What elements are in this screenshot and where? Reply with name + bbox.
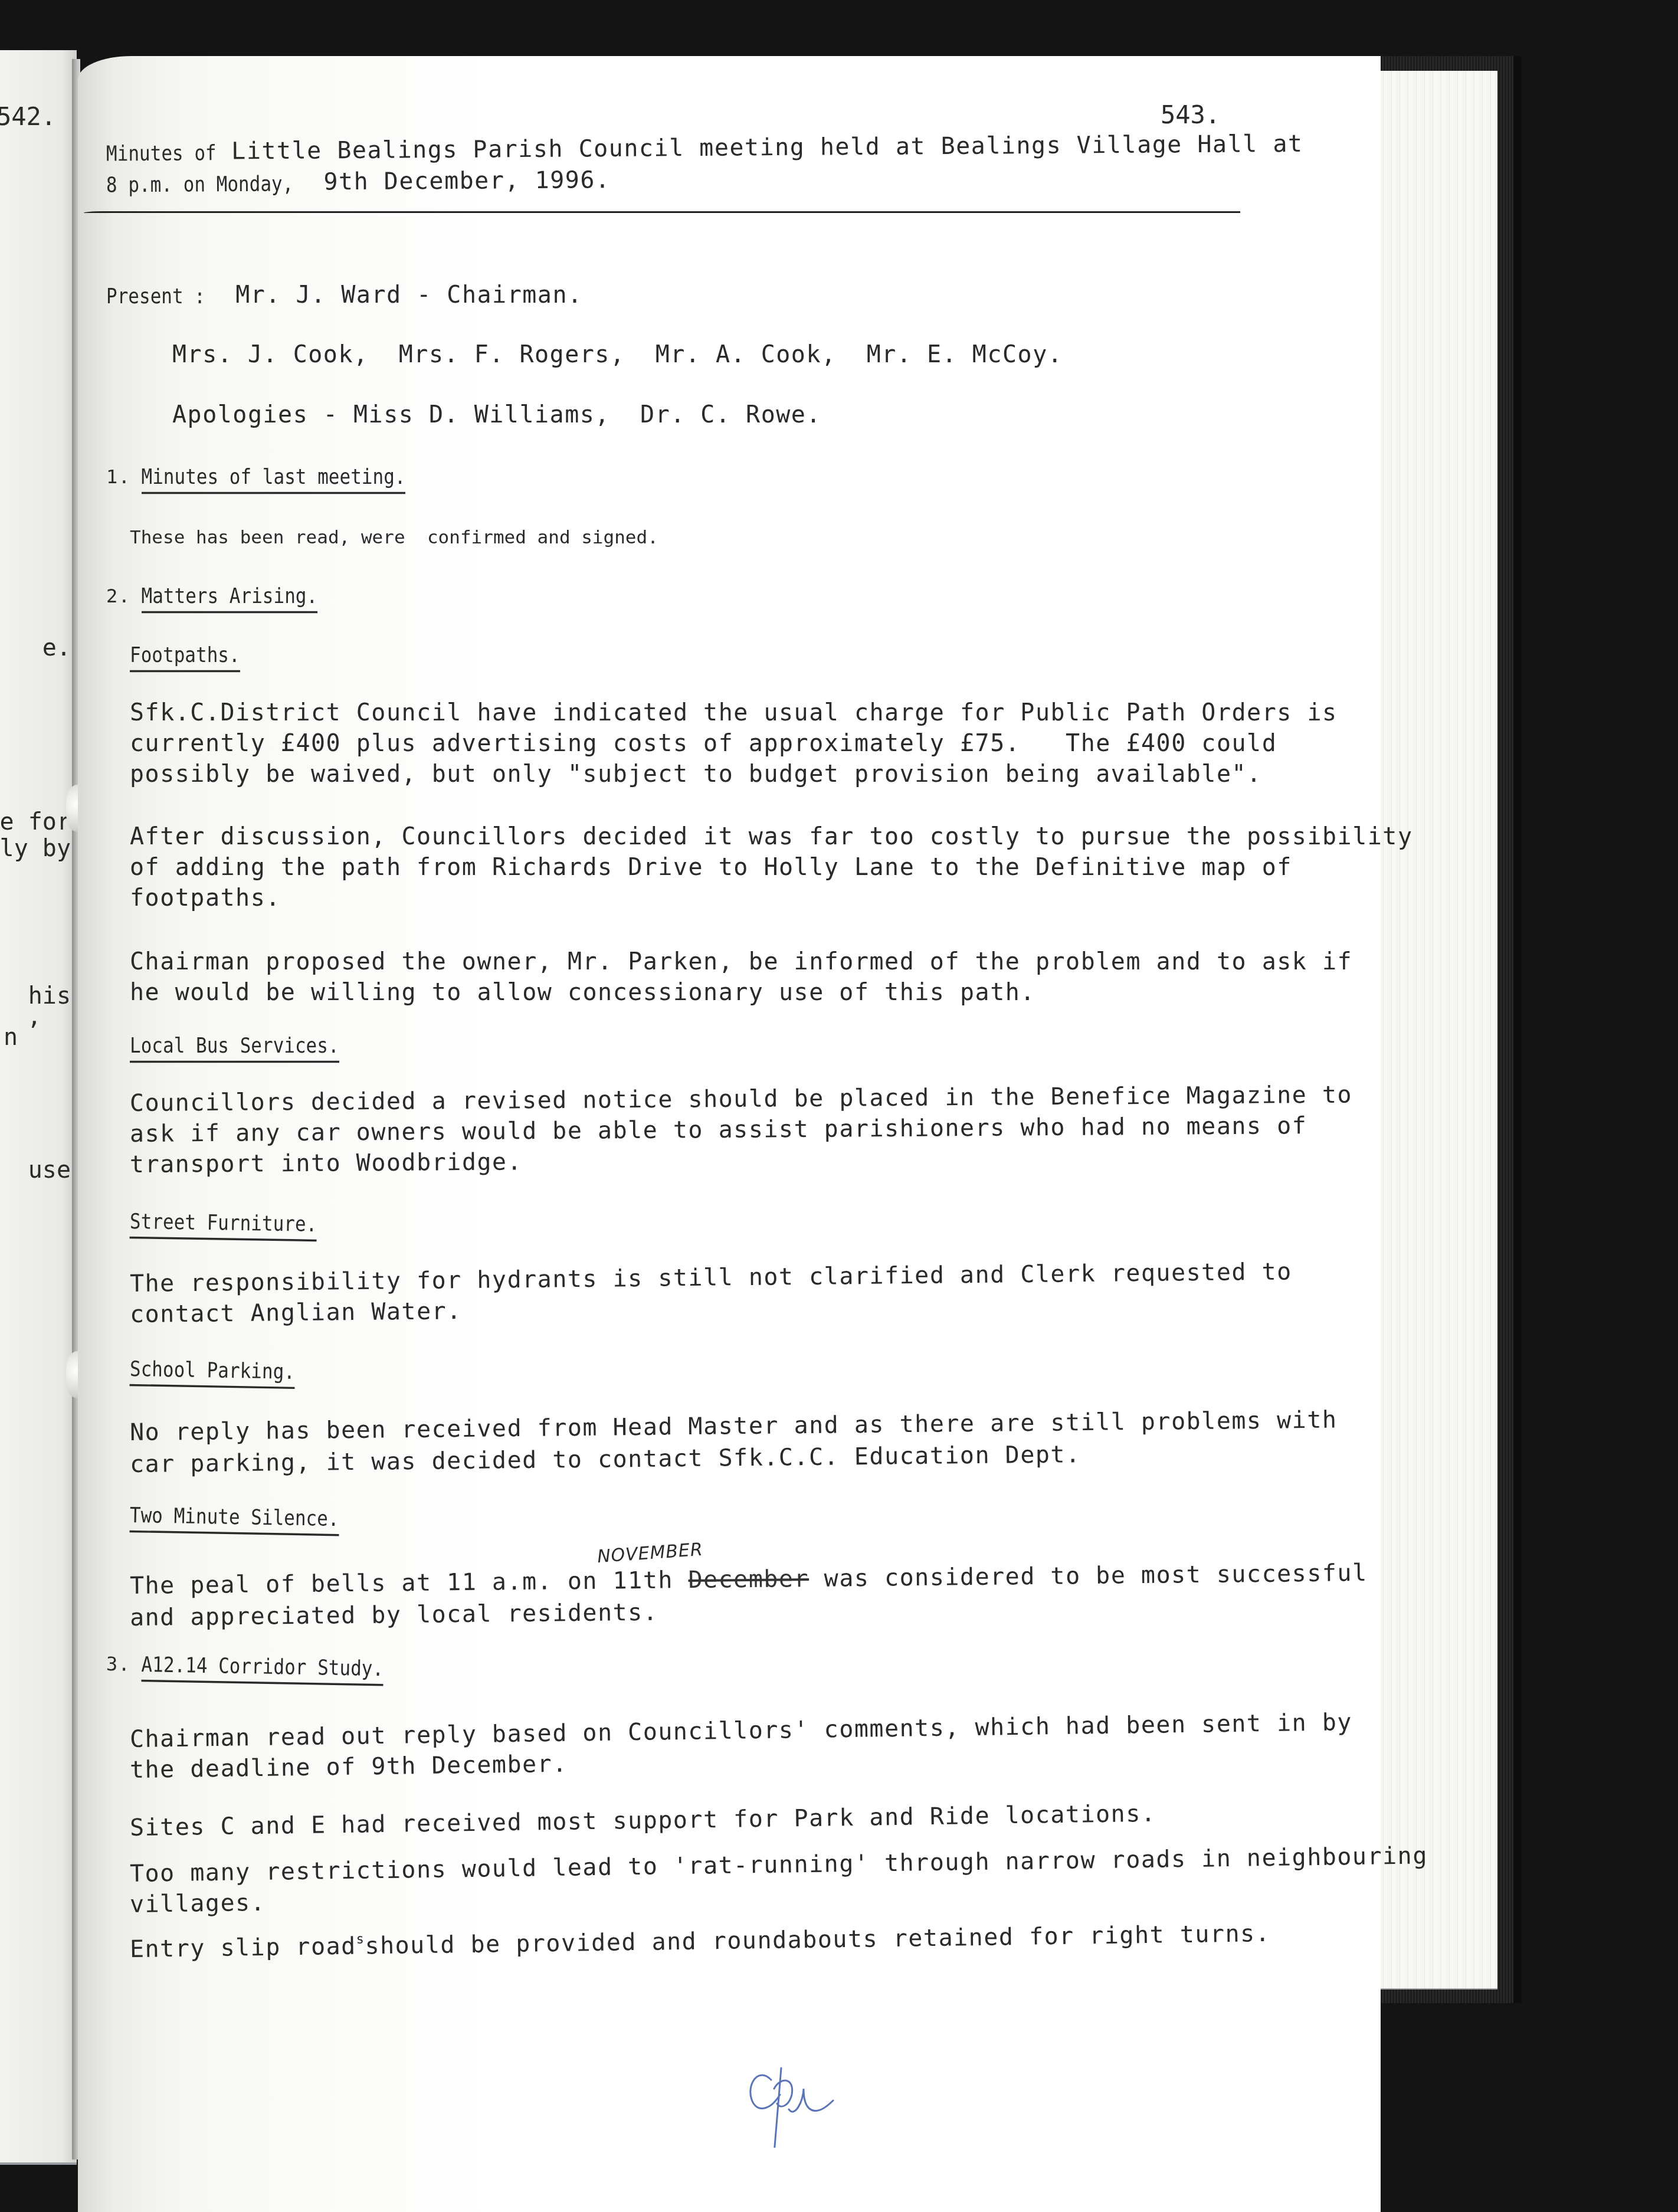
- subsection-title: Local Bus Services.: [130, 1034, 339, 1063]
- handwritten-correction: NOVEMBER: [597, 1539, 704, 1567]
- header-prefix: 8 p.m. on Monday,: [106, 172, 294, 198]
- previous-page-number: 542.: [0, 102, 56, 131]
- paragraph-line: Chairman proposed the owner, Mr. Parken,…: [130, 948, 1352, 975]
- handwritten-insert: s: [356, 1932, 365, 1946]
- margin-fragment: eply by: [0, 835, 71, 862]
- section-title: A12.14 Corridor Study.: [141, 1653, 384, 1686]
- minutes-header-line1: Minutes of Little Bealings Parish Counci…: [106, 130, 1303, 166]
- page-number: 543.: [1161, 100, 1220, 129]
- section-1-heading: 1.Minutes of last meeting.: [106, 462, 405, 492]
- section-title: Matters Arising.: [142, 584, 318, 613]
- paragraph-line: footpaths.: [130, 884, 281, 912]
- paragraph-line: The peal of bells at 11 a.m. on 11th Dec…: [130, 1559, 1368, 1600]
- paragraph-line: and appreciated by local residents.: [130, 1599, 658, 1631]
- paragraph: These has been read, were confirmed and …: [130, 522, 658, 549]
- paragraph-line: of adding the path from Richards Drive t…: [130, 854, 1292, 881]
- section-number: 3.: [106, 1653, 131, 1676]
- paragraph-line: The responsibility for hydrants is still…: [130, 1258, 1292, 1297]
- section-2-heading: 2.Matters Arising.: [106, 581, 317, 611]
- apologies: Apologies - Miss D. Williams, Dr. C. Row…: [172, 401, 821, 428]
- minutes-header-line2: 8 p.m. on Monday, 9th December, 1996.: [106, 166, 611, 197]
- subsection-heading: Footpaths.: [130, 640, 240, 670]
- document-page: 543. Minutes of Little Bealings Parish C…: [78, 56, 1381, 2212]
- paragraph-line: Councillors decided a revised notice sho…: [130, 1082, 1352, 1117]
- paragraph-line: currently £400 plus advertising costs of…: [130, 730, 1277, 757]
- paragraph-line: Sfk.C.District Council have indicated th…: [130, 699, 1338, 726]
- text: Entry slip road: [130, 1933, 356, 1963]
- previous-page-edge: 542. e. le for eply by his , n use: [0, 50, 77, 2165]
- paragraph-line: ask if any car owners would be able to a…: [130, 1112, 1307, 1148]
- paragraph-line: Sites C and E had received most support …: [130, 1800, 1156, 1841]
- subsection-heading: School Parking.: [130, 1354, 296, 1387]
- paragraph-text: These has been read, were confirmed and …: [130, 527, 658, 548]
- subsection-title: Footpaths.: [130, 643, 240, 672]
- header-divider: [84, 211, 1240, 213]
- paragraph-line: the deadline of 9th December.: [130, 1751, 568, 1784]
- text: was considered to be most successful: [809, 1559, 1368, 1592]
- section-3-heading: 3.A12.14 Corridor Study.: [106, 1649, 384, 1684]
- paragraph-line: contact Anglian Water.: [130, 1297, 462, 1328]
- paragraph-line: he would be willing to allow concessiona…: [130, 979, 1035, 1006]
- section-title: Minutes of last meeting.: [142, 465, 406, 494]
- paragraph-line: villages.: [130, 1889, 266, 1918]
- members-present: Mrs. J. Cook, Mrs. F. Rogers, Mr. A. Coo…: [172, 341, 1063, 368]
- margin-fragment: ,: [27, 1003, 41, 1030]
- paragraph-line: car parking, it was decided to contact S…: [130, 1441, 1081, 1478]
- margin-fragment: le for: [0, 808, 71, 835]
- text: should be provided and roundabouts retai…: [365, 1920, 1270, 1959]
- subsection-title: Two Minute Silence.: [129, 1503, 339, 1536]
- paragraph-line: Too many restrictions would lead to 'rat…: [130, 1842, 1428, 1887]
- paragraph-line: transport into Woodbridge.: [130, 1148, 522, 1178]
- header-date: 9th December, 1996.: [293, 166, 611, 196]
- margin-fragment: e.: [42, 634, 71, 661]
- text: The peal of bells at 11 a.m. on 11th: [130, 1567, 689, 1600]
- paragraph-line: After discussion, Councillors decided it…: [130, 823, 1412, 850]
- subsection-heading: Street Furniture.: [130, 1207, 317, 1240]
- section-number: 1.: [106, 466, 131, 488]
- struck-out-word: December: [688, 1565, 809, 1594]
- subsection-heading: Local Bus Services.: [130, 1031, 339, 1061]
- paragraph-line: Entry slip roadsshould be provided and r…: [130, 1919, 1271, 1963]
- header-text: Little Bealings Parish Council meeting h…: [216, 130, 1303, 165]
- subsection-title: Street Furniture.: [130, 1210, 317, 1241]
- header-prefix: Minutes of: [106, 141, 217, 166]
- margin-fragment: n: [4, 1024, 18, 1051]
- margin-fragment: use: [28, 1156, 71, 1184]
- present-line: Present : Mr. J. Ward - Chairman.: [106, 281, 583, 309]
- subsection-heading: Two Minute Silence.: [130, 1500, 339, 1534]
- signature-initials-icon: [739, 2053, 839, 2148]
- section-number: 2.: [106, 585, 131, 607]
- present-label: Present :: [106, 284, 205, 309]
- paragraph-line: possibly be waived, but only "subject to…: [130, 761, 1262, 788]
- paragraph-line: Chairman read out reply based on Council…: [130, 1709, 1353, 1753]
- page-edges: [1379, 71, 1497, 1990]
- paragraph-line: No reply has been received from Head Mas…: [130, 1407, 1338, 1446]
- chairman: Mr. J. Ward - Chairman.: [235, 281, 582, 309]
- subsection-title: School Parking.: [129, 1357, 295, 1389]
